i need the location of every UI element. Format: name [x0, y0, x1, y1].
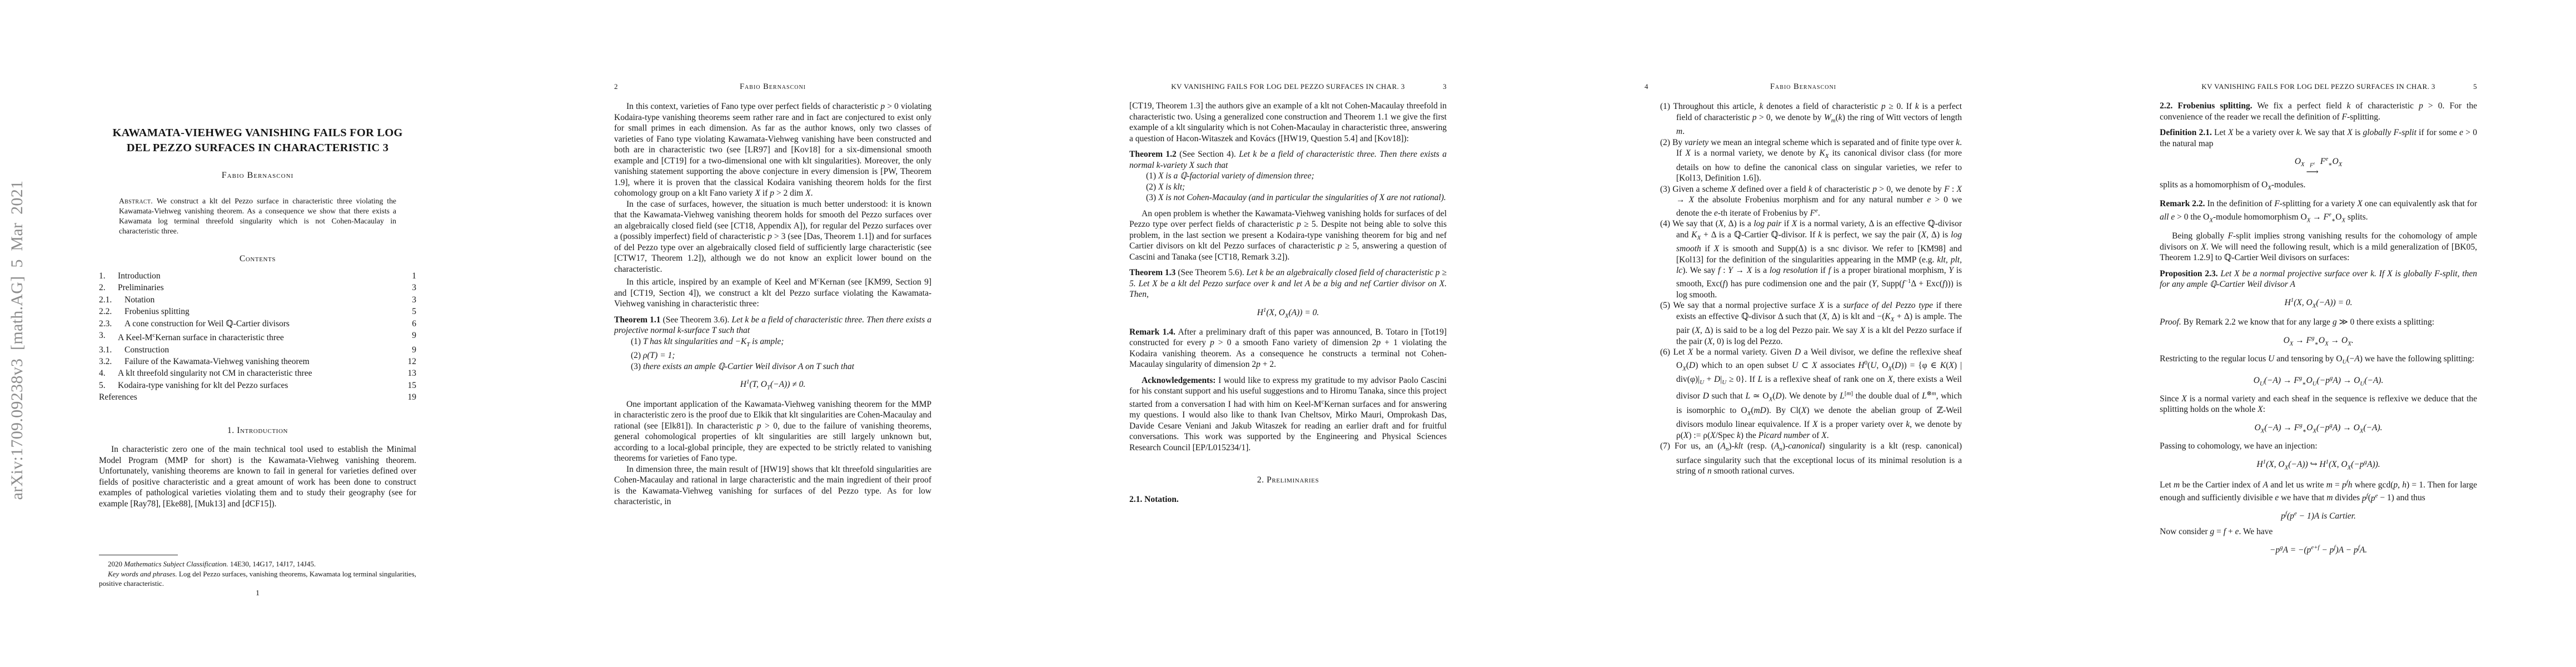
toc-entry-title: Introduction [118, 270, 412, 282]
proposition-2-3: Proposition 2.3. Let X be a normal proje… [2160, 268, 2477, 312]
display-math: OU(−A) → Fg∗OU(−pgA) → OU(−A). [2160, 372, 2477, 390]
paragraph: One important application of the Kawamat… [614, 399, 931, 464]
display-math: OX(−A) → Fg∗OX(−pgA) → OX(−A). [2160, 419, 2477, 437]
page-3-column: KV VANISHING FAILS FOR LOG DEL PEZZO SUR… [1129, 82, 1447, 505]
page-2-column: 2 Fabio Bernasconi In this context, vari… [614, 82, 931, 507]
page-4: 4 Fabio Bernasconi (1) Throughout this a… [1546, 0, 2061, 667]
subsection-2-1-heading: 2.1. Notation. [1129, 494, 1447, 505]
theorem-1-2-item: (3) X is not Cohen-Macaulay (and in part… [1129, 192, 1447, 203]
running-head-title: KV VANISHING FAILS FOR LOG DEL PEZZO SUR… [1171, 82, 1405, 91]
theorem-1-2-item: (2) X is klt; [1129, 182, 1447, 193]
running-head: KV VANISHING FAILS FOR LOG DEL PEZZO SUR… [1129, 82, 1447, 91]
math-lhs: OX [2295, 157, 2305, 166]
section-2-heading: 2. Preliminaries [1129, 475, 1447, 486]
toc-entry-number: 1. [99, 270, 118, 282]
toc-entry-page: 1 [412, 270, 416, 282]
theorem-1-2-head: Theorem 1.2 (See Section 4). Let k be a … [1129, 149, 1447, 171]
author-name: Fabio Bernasconi [99, 170, 416, 181]
acknowledgements: Acknowledgements: I would like to expres… [1129, 375, 1447, 454]
toc-entry: 4.A klt threefold singularity not CM in … [99, 367, 416, 379]
toc-entry-page: 5 [412, 306, 416, 317]
table-of-contents: 1.Introduction1 2.Preliminaries3 2.1.Not… [99, 270, 416, 404]
toc-entry: 3.2.Failure of the Kawamata-Viehweg vani… [99, 356, 416, 367]
toc-entry-title: Failure of the Kawamata-Viehweg vanishin… [124, 356, 408, 367]
arxiv-watermark: arXiv:1709.09238v3 [math.AG] 5 Mar 2021 [8, 181, 27, 500]
display-math: H1(T, OT(−A)) ≠ 0. [614, 376, 931, 394]
toc-entry-page: 6 [412, 318, 416, 330]
notation-item: (2) By variety we mean an integral schem… [1645, 137, 1962, 184]
toc-entry-title: A Keel-McKernan surface in characteristi… [118, 330, 412, 344]
paper-title-line-2: DEL PEZZO SURFACES IN CHARACTERISTIC 3 [99, 141, 416, 156]
toc-entry-number: 3.1. [99, 344, 124, 356]
paragraph: Being globally F-split implies strong va… [2160, 231, 2477, 263]
toc-entry-title: A klt threefold singularity not CM in ch… [118, 367, 408, 379]
theorem-1-2: Theorem 1.2 (See Section 4). Let k be a … [1129, 149, 1447, 203]
toc-entry-page: 13 [408, 367, 417, 379]
display-math: −pgA = −(pe+f − pf)A − pfA. [2160, 541, 2477, 556]
toc-entry: 2.3.A cone construction for Weil ℚ-Carti… [99, 318, 416, 330]
theorem-1-1-item: (1) T has klt singularities and −KT is a… [614, 336, 931, 351]
display-math: H1(X, OX(A)) = 0. [1129, 304, 1447, 322]
toc-entry: 3.1.Construction9 [99, 344, 416, 356]
toc-entry: 1.Introduction1 [99, 270, 416, 282]
page-5-column: KV VANISHING FAILS FOR LOG DEL PEZZO SUR… [2160, 82, 2477, 560]
toc-entry-title: A cone construction for Weil ℚ-Cartier d… [124, 318, 412, 330]
running-head-title: KV VANISHING FAILS FOR LOG DEL PEZZO SUR… [2201, 82, 2435, 91]
running-head-page-number: 4 [1645, 82, 1648, 91]
abstract-text: We construct a klt del Pezzo surface in … [119, 197, 396, 235]
toc-entry-number: 3.2. [99, 356, 124, 367]
display-math-frobenius-map: OXFe⟶Fe∗OX [2160, 153, 2477, 176]
toc-entry: References19 [99, 391, 416, 403]
toc-entry-number: 4. [99, 367, 118, 379]
paper-title-line-1: KAWAMATA-VIEHWEG VANISHING FAILS FOR LOG [99, 126, 416, 141]
labeled-arrow: Fe⟶ [2306, 161, 2319, 175]
running-head: 4 Fabio Bernasconi [1645, 82, 1962, 91]
definition-2-1-after: splits as a homomorphism of OX-modules. [2160, 180, 2477, 194]
proposition-2-3-head: Proposition 2.3. Let X be a normal proje… [2160, 268, 2477, 290]
toc-entry-title: Kodaira-type vanishing for klt del Pezzo… [118, 380, 408, 391]
toc-entry-page: 3 [412, 294, 416, 306]
notation-item: (1) Throughout this article, k denotes a… [1645, 101, 1962, 137]
toc-entry: 3.A Keel-McKernan surface in characteris… [99, 330, 416, 344]
theorem-1-1: Theorem 1.1 (See Theorem 3.6). Let k be … [614, 315, 931, 394]
toc-entry-number: 2. [99, 282, 118, 293]
toc-entry: 2.Preliminaries3 [99, 282, 416, 293]
intro-paragraph: In characteristic zero one of the main t… [99, 444, 416, 509]
definition-2-1-text: Definition 2.1. Let X be a variety over … [2160, 127, 2477, 149]
page-2: 2 Fabio Bernasconi In this context, vari… [515, 0, 1030, 667]
footnote-rule [99, 555, 178, 555]
proof-paragraph: Now consider g = f + e. We have [2160, 526, 2477, 537]
paragraph: In this article, inspired by an example … [614, 275, 931, 310]
notation-item: (4) We say that (X, Δ) is a log pair if … [1645, 218, 1962, 300]
running-head-page-number: 5 [2473, 82, 2477, 91]
display-math: H1(X, OX(−A)) = 0. [2160, 294, 2477, 312]
remark-2-2-text: Remark 2.2. In the definition of F-split… [2160, 198, 2477, 226]
toc-entry-number: 2.3. [99, 318, 124, 330]
running-head: 2 Fabio Bernasconi [614, 82, 931, 91]
contents-heading: Contents [99, 253, 416, 265]
theorem-1-2-item: (1) X is a ℚ-factorial variety of dimens… [1129, 171, 1447, 182]
theorem-1-1-item: (2) ρ(T) = 1; [614, 350, 931, 361]
remark-2-2: Remark 2.2. In the definition of F-split… [2160, 198, 2477, 226]
paragraph: In dimension three, the main result of [… [614, 464, 931, 507]
toc-entry-number: 3. [99, 330, 118, 344]
page-3: KV VANISHING FAILS FOR LOG DEL PEZZO SUR… [1030, 0, 1546, 667]
display-math: H1(X, OX(−A)) ↪ H1(X, OX(−pgA)). [2160, 456, 2477, 474]
running-head: KV VANISHING FAILS FOR LOG DEL PEZZO SUR… [2160, 82, 2477, 91]
page-4-column: 4 Fabio Bernasconi (1) Throughout this a… [1645, 82, 1962, 477]
notation-item: (7) For us, an (An)-klt (resp. (An)-cano… [1645, 441, 1962, 477]
footnote-keywords: Key words and phrases. Log del Pezzo sur… [99, 569, 416, 589]
toc-entry-number: 2.2. [99, 306, 124, 317]
page-1: arXiv:1709.09238v3 [math.AG] 5 Mar 2021 … [0, 0, 515, 667]
math-rhs: Fe∗OX [2320, 157, 2343, 166]
toc-entry-number: 2.1. [99, 294, 124, 306]
page-5: KV VANISHING FAILS FOR LOG DEL PEZZO SUR… [2061, 0, 2576, 667]
paragraph: In this context, varieties of Fano type … [614, 101, 931, 199]
paragraph: An open problem is whether the Kawamata-… [1129, 208, 1447, 263]
long-right-arrow-icon: ⟶ [2306, 168, 2319, 176]
toc-entry-page: 12 [408, 356, 417, 367]
toc-entry: 5.Kodaira-type vanishing for klt del Pez… [99, 380, 416, 391]
footnote-block: 2020 Mathematics Subject Classification.… [99, 555, 416, 589]
definition-2-1: Definition 2.1. Let X be a variety over … [2160, 127, 2477, 193]
theorem-1-1-item: (3) there exists an ample ℚ-Cartier Weil… [614, 361, 931, 372]
running-head-author: Fabio Bernasconi [1770, 82, 1836, 91]
notation-item: (6) Let X be a normal variety. Given D a… [1645, 347, 1962, 441]
toc-entry-title: Frobenius splitting [124, 306, 412, 317]
toc-entry: 2.1.Notation3 [99, 294, 416, 306]
section-1-heading: 1. Introduction [99, 425, 416, 436]
page-number: 1 [99, 589, 416, 598]
toc-entry-title: Notation [124, 294, 412, 306]
proof-paragraph: Passing to cohomology, we have an inject… [2160, 441, 2477, 452]
toc-entry-page: 15 [408, 380, 417, 391]
abstract: Abstract. We construct a klt del Pezzo s… [119, 196, 396, 236]
theorem-1-1-head: Theorem 1.1 (See Theorem 3.6). Let k be … [614, 315, 931, 336]
display-math: OX → Fg∗OX → OX. [2160, 332, 2477, 350]
notation-item: (5) We say that a normal projective surf… [1645, 300, 1962, 347]
running-head-page-number: 2 [614, 82, 618, 91]
page-1-column: KAWAMATA-VIEHWEG VANISHING FAILS FOR LOG… [99, 126, 416, 509]
remark-1-4-text: Remark 1.4. After a preliminary draft of… [1129, 327, 1447, 370]
toc-entry-title: Preliminaries [118, 282, 412, 293]
theorem-1-3-head: Theorem 1.3 (See Theorem 5.6). Let k be … [1129, 267, 1447, 300]
running-head-page-number: 3 [1443, 82, 1447, 91]
paragraph: [CT19, Theorem 1.3] the authors give an … [1129, 101, 1447, 144]
abstract-label: Abstract. [119, 197, 153, 205]
footnote-msc: 2020 Mathematics Subject Classification.… [99, 559, 416, 569]
toc-entry-page: 9 [412, 330, 416, 344]
subsection-2-2: 2.2. Frobenius splitting. We fix a perfe… [2160, 101, 2477, 122]
running-head-author: Fabio Bernasconi [740, 82, 806, 91]
toc-entry-title: Construction [124, 344, 412, 356]
proof-paragraph: Proof. By Remark 2.2 we know that for an… [2160, 317, 2477, 328]
toc-entry-page: 19 [408, 391, 417, 403]
proof-paragraph: Since X is a normal variety and each she… [2160, 394, 2477, 415]
display-math: pf(pe − 1)A is Cartier. [2160, 507, 2477, 522]
theorem-1-3: Theorem 1.3 (See Theorem 5.6). Let k be … [1129, 267, 1447, 322]
notation-item: (3) Given a scheme X defined over a fiel… [1645, 184, 1962, 219]
proof-paragraph: Let m be the Cartier index of A and let … [2160, 477, 2477, 504]
remark-1-4: Remark 1.4. After a preliminary draft of… [1129, 327, 1447, 370]
toc-entry: 2.2.Frobenius splitting5 [99, 306, 416, 317]
toc-entry-page: 3 [412, 282, 416, 293]
paragraph: In the case of surfaces, however, the si… [614, 199, 931, 275]
toc-entry-title: References [99, 391, 408, 403]
paper-multipage-view: { "arxiv_watermark": "arXiv:1709.09238v3… [0, 0, 2576, 667]
toc-entry-page: 9 [412, 344, 416, 356]
proof-paragraph: Restricting to the regular locus U and t… [2160, 354, 2477, 368]
toc-entry-number: 5. [99, 380, 118, 391]
